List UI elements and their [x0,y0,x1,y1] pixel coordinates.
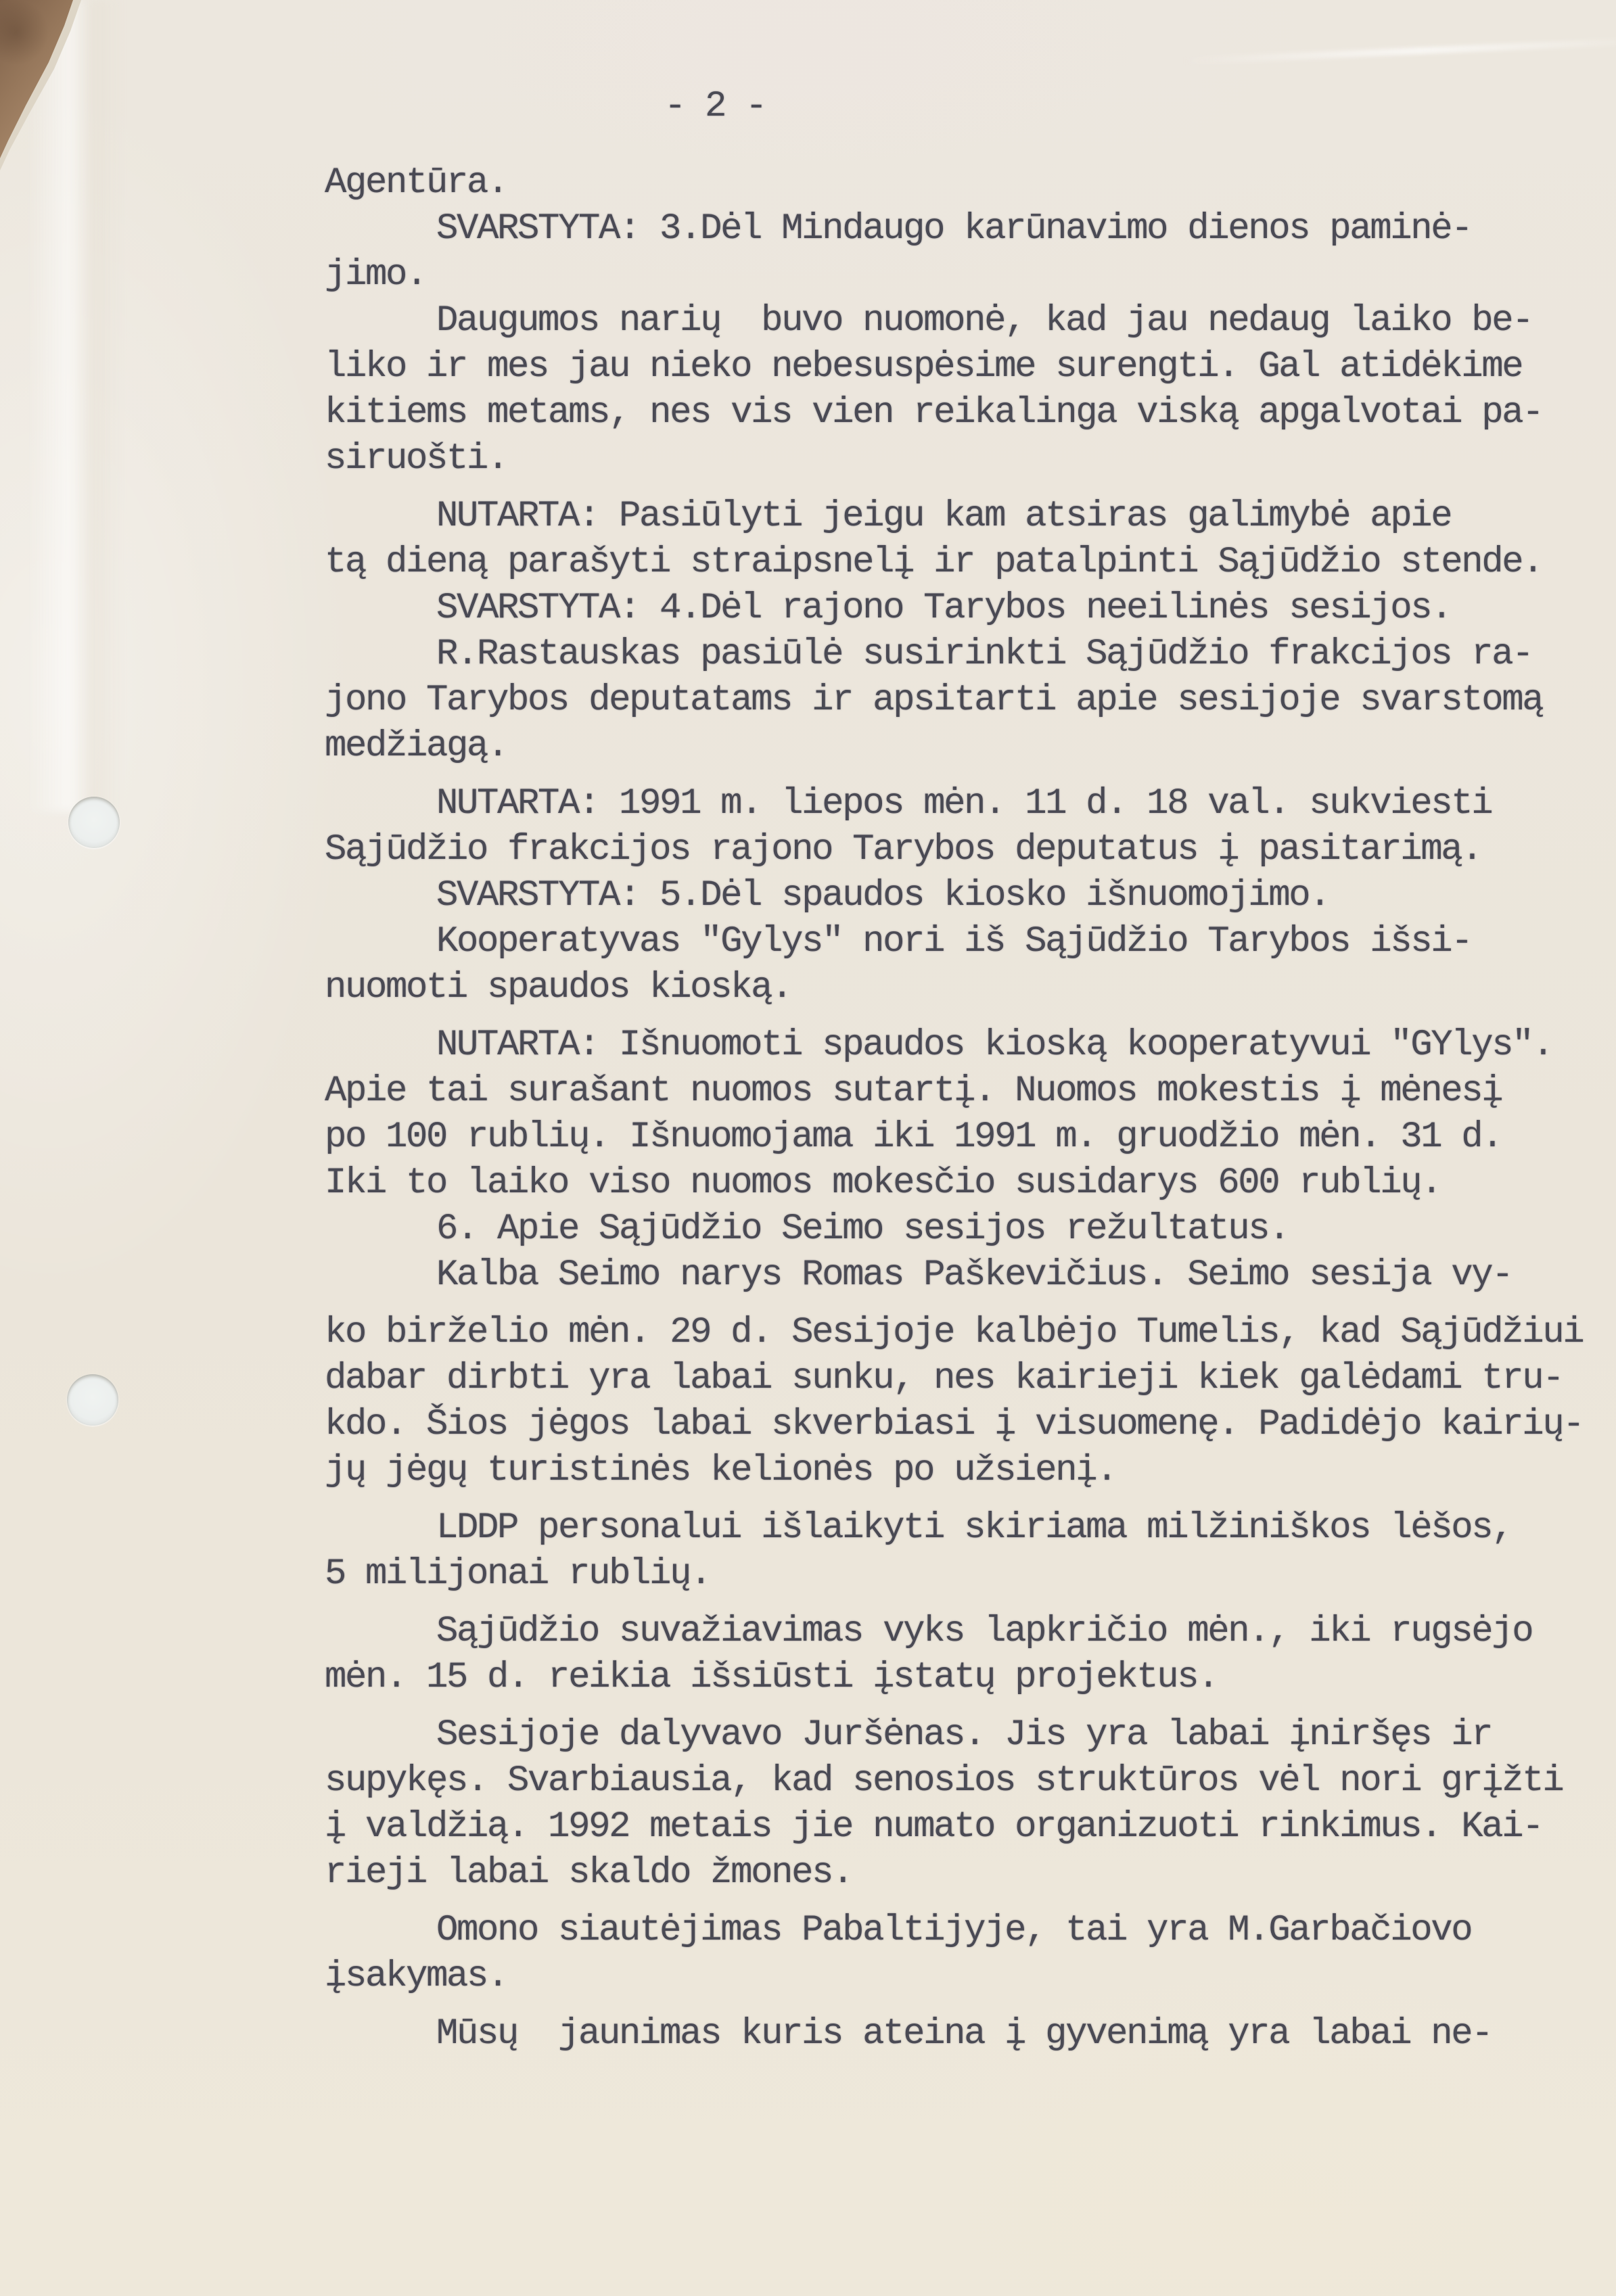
text-line: Iki to laiko viso nuomos mokesčio susida… [325,1161,1596,1206]
text-line: Apie tai surašant nuomos sutartį. Nuomos… [325,1069,1596,1115]
text-line: liko ir mes jau nieko nebesuspėsime sure… [325,344,1596,390]
punch-hole-top [68,797,120,848]
text-line: Omono siautėjimas Pabaltijyje, tai yra M… [325,1908,1596,1954]
text-line: kitiems metams, nes vis vien reikalinga … [325,390,1596,436]
text-line: 5 milijonai rublių. [325,1551,1596,1597]
text-line: NUTARTA: Pasiūlyti jeigu kam atsiras gal… [325,494,1596,540]
text-line: Sąjūdžio suvažiavimas vyks lapkričio mėn… [325,1609,1596,1655]
text-line: LDDP personalui išlaikyti skiriama milži… [325,1505,1596,1551]
text-line: Daugumos narių buvo nuomonė, kad jau ned… [325,298,1596,344]
text-line: jono Tarybos deputatams ir apsitarti api… [325,678,1596,724]
text-line: medžiagą. [325,724,1596,770]
text-line: Kooperatyvas "Gylys" nori iš Sąjūdžio Ta… [325,919,1596,965]
text-line: SVARSTYTA: 4.Dėl rajono Tarybos neeilinė… [325,586,1596,632]
paper-crease [27,0,122,812]
text-line: dabar dirbti yra labai sunku, nes kairie… [325,1356,1596,1402]
text-line: SVARSTYTA: 5.Dėl spaudos kiosko išnuomoj… [325,873,1596,919]
text-line: 6. Apie Sąjūdžio Seimo sesijos režultatu… [325,1206,1596,1252]
text-line: NUTARTA: Išnuomoti spaudos kioską kooper… [325,1023,1596,1069]
text-line: į valdžią. 1992 metais jie numato organi… [325,1804,1596,1850]
text-line: kdo. Šios jėgos labai skverbiasi į visuo… [325,1402,1596,1448]
text-line: rieji labai skaldo žmones. [325,1850,1596,1896]
text-line: SVARSTYTA: 3.Dėl Mindaugo karūnavimo die… [325,206,1596,252]
text-line: R.Rastauskas pasiūlė susirinkti Sąjūdžio… [325,632,1596,678]
text-line: jų jėgų turistinės kelionės po užsienį. [325,1448,1596,1494]
text-line: ko birželio mėn. 29 d. Sesijoje kalbėjo … [325,1310,1596,1356]
paper-crease [1183,37,1616,65]
page: - 2 - Agentūra.SVARSTYTA: 3.Dėl Mindaugo… [0,0,1616,2296]
text-line: NUTARTA: 1991 m. liepos mėn. 11 d. 18 va… [325,781,1596,827]
document-body: Agentūra.SVARSTYTA: 3.Dėl Mindaugo karūn… [325,160,1596,2057]
text-line: Mūsų jaunimas kuris ateina į gyvenimą yr… [325,2011,1596,2057]
punch-hole-bottom [67,1374,118,1426]
text-line: po 100 rublių. Išnuomojama iki 1991 m. g… [325,1115,1596,1161]
text-line: Kalba Seimo narys Romas Paškevičius. Sei… [325,1252,1596,1298]
text-line: jimo. [325,252,1596,298]
text-line: Agentūra. [325,160,1596,206]
text-line: mėn. 15 d. reikia išsiūsti įstatų projek… [325,1655,1596,1701]
text-line: supykęs. Svarbiausia, kad senosios struk… [325,1758,1596,1804]
text-line: įsakymas. [325,1954,1596,2000]
text-line: siruošti. [325,436,1596,482]
page-number: - 2 - [664,84,766,130]
text-line: tą dieną parašyti straipsnelį ir patalpi… [325,540,1596,586]
text-line: nuomoti spaudos kioską. [325,965,1596,1011]
text-line: Sesijoje dalyvavo Juršėnas. Jis yra laba… [325,1712,1596,1758]
text-line: Sąjūdžio frakcijos rajono Tarybos deputa… [325,827,1596,873]
